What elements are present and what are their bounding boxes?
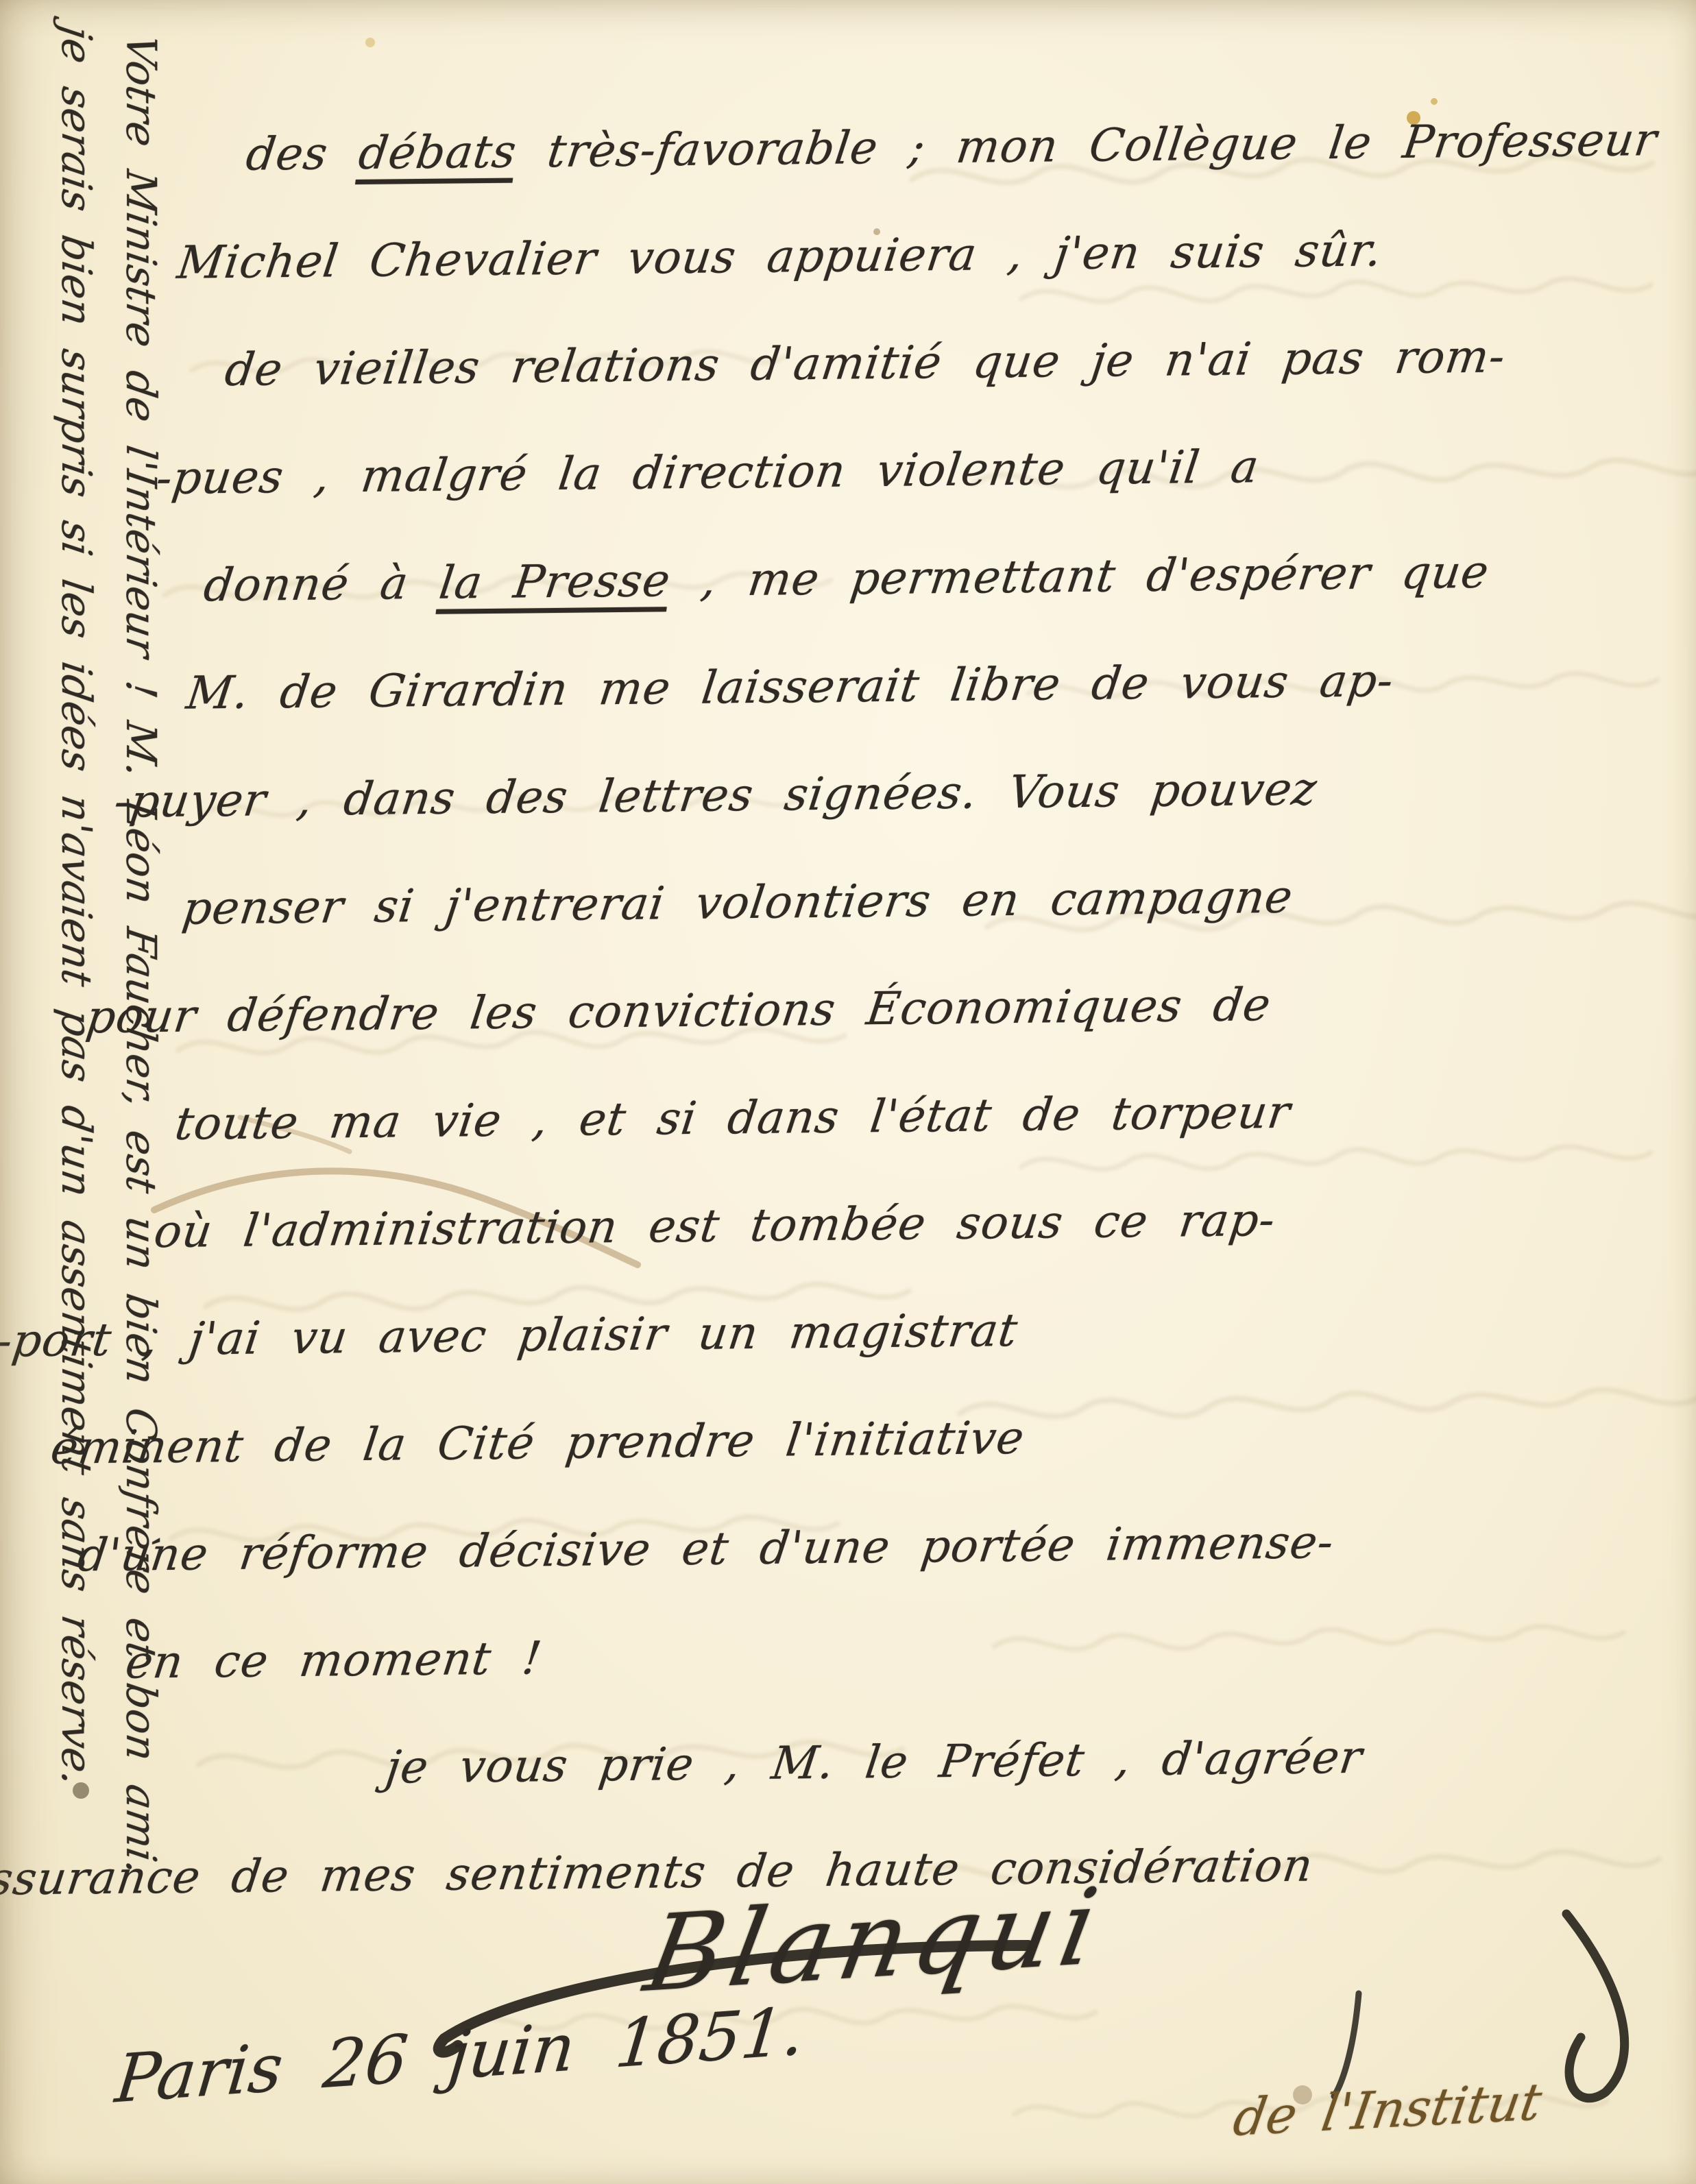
letter-line: -puyer , dans des lettres signées. Vous … [108,732,1588,856]
letter-line: d'une réforme décisive et d'une portée i… [71,1487,1490,1610]
date-line: Paris 26 juin 1851. [112,1992,808,2118]
letter-line: je vous prie , M. le Préfet , d'agréer [379,1702,1462,1821]
letter-line: pour défendre les convictions Économique… [80,948,1560,1071]
letter-line: où l'administration est tombée sous ce r… [147,1163,1532,1285]
letter-line: toute ma vie , et si dans l'état de torp… [169,1056,1547,1178]
letter-line: M. de Girardin me laisserait libre de vo… [180,624,1602,747]
letter-line: Michel Chevalier vous appuiera , j'en su… [171,193,1658,317]
letter-page: Votre Ministre de l'Intérieur ! M. Léon … [0,0,1696,2184]
letter-line: -pues , malgré la direction violente qu'… [149,409,1630,533]
letter-line: des débats très-favorable ; mon Collègue… [240,86,1673,208]
letter-body: des débats très-favorable ; mon Collègue… [0,86,1673,1934]
letter-line: -port , j'ai vu avec plaisir un magistra… [0,1271,1518,1394]
affiliation: de l'Institut [1229,2072,1545,2148]
letter-line: de vieilles relations d'amitié que je n'… [219,301,1645,424]
letter-line: éminent de la Cité prendre l'initiative [45,1379,1505,1502]
letter-line: donné à la Presse , me permettant d'espé… [197,517,1616,640]
letter-line: penser si j'entrerai volontiers en campa… [176,840,1575,962]
letter-line: en ce moment ! [119,1594,1477,1716]
